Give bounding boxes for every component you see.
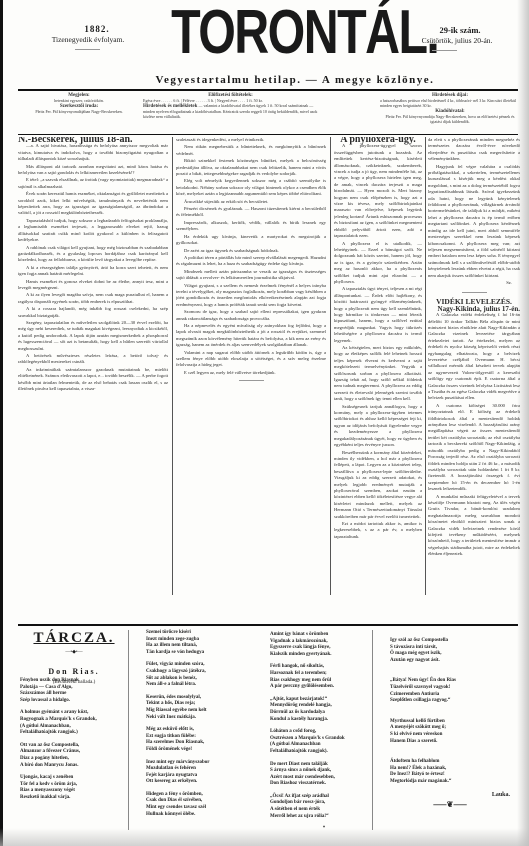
paragraph: A phylloxera-ügygyel szoros összefüggésb…: [334, 143, 422, 239]
ornament-flourish: ⸺❦⸺: [390, 802, 510, 809]
column-divider: [330, 137, 331, 595]
info-elofizetes: Előfizetési föltételek: Egész évre . . .…: [143, 92, 318, 119]
paragraph: Tapasztalásból tudjuk, hogy sokszor a le…: [18, 218, 168, 244]
paragraph: E czél legyen az, mely felé vállvetve tö…: [176, 370, 326, 376]
paragraph: Elég volt némelyik kegyetlennek sokszor …: [176, 178, 326, 197]
paragraph: Más álláspont alá tartozik azonban megvi…: [18, 164, 168, 177]
paragraph: Ha érdekük ugy kívánja, kinevetik a mart…: [176, 234, 326, 247]
paragraph: Beszélhessünk a kormány által közérdeket…: [334, 450, 422, 520]
paragraph: Ha a népnevelés és egyéni mívaltság oly …: [176, 323, 326, 349]
poem-column-4: Igy szól az ősz CompostellaS távozásra i…: [390, 638, 510, 809]
paragraph: Az kétségtelen, mert biztos egy működés,…: [334, 345, 422, 403]
paragraph: A csatorna költségei 30.000 frtra irányo…: [428, 403, 520, 493]
paragraph: da eleit s a phylloxerának minden megneh…: [428, 137, 520, 163]
info-rule: [18, 134, 518, 135]
paragraph: A politikai téren a pártállás bár minő s…: [176, 255, 326, 268]
paragraph: A ki a részegségben találja gyönyörét, á…: [18, 265, 168, 278]
paragraph: A ki az ilyen levegőt magába szívja, nem…: [18, 292, 168, 305]
newspaper-title: TORONTÁL.: [171, 3, 378, 63]
paragraph: De azért az igaz ügynek és szabadságnak …: [176, 248, 326, 254]
issue-date: Csütörtök, julius 20-án.: [392, 36, 522, 45]
paragraph: Hamis eszméket és gonosz elveket dobni b…: [18, 279, 168, 292]
phylloxera-signature: Sz.: [428, 280, 520, 286]
paragraph: Szükségesnek tartjuk annálfogva, hogy a …: [334, 404, 422, 449]
paragraph: —a. A sajtó hivatása, hasznossága és bef…: [18, 143, 168, 162]
poem-column-2: Szemei törőcre kisériInezt minden zege-z…: [146, 630, 256, 824]
newspaper-page: 1882. Tizenegyedik évfolyam. TORONTÁL. 2…: [0, 0, 529, 846]
paragraph: Valamint a nap sugarai előbb utóbb áttör…: [176, 350, 326, 369]
lead-article-continued: szaletaszát és idegenkedést, a melyel ér…: [176, 137, 326, 595]
paragraph: Mindezek mellett aztán pártszamba se ves…: [176, 269, 326, 282]
paragraph: szaletaszát és idegenkedést, a melyel ér…: [176, 137, 326, 143]
paragraph: Hagyjunk fel végre valahára a csalódás p…: [428, 164, 520, 279]
paragraph: Évek során keresztül hamis eszméket, okt…: [18, 191, 168, 217]
masthead-year: 1882.: [62, 24, 132, 34]
lead-article: N.-Becskerek, julius 18-án. —a. A sajtó …: [18, 137, 168, 595]
paragraph: A ki a rosszra hajlandó, még inkább fog …: [18, 306, 168, 319]
page-left-border: [0, 0, 3, 846]
page-edge-shadow: [517, 0, 529, 846]
right-column: da eleit s a phylloxerának minden megneh…: [428, 137, 520, 595]
info-kiado-text: Pleitz Fer. Pál könyvnyomdája Nagy-Becsk…: [380, 114, 520, 124]
issue-number: 29-ik szám.: [405, 25, 515, 35]
column-divider: [128, 630, 129, 830]
poem-column-3: Amint így bánat s örömbenVigadnak a lakm…: [270, 632, 378, 833]
divider: [432, 50, 457, 51]
paragraph: Pénzért dicsérnek és gyaláznak. — Haszon…: [176, 206, 326, 219]
column-divider: [172, 137, 173, 595]
paragraph: Nem ritkán megnebesitik a bűntetteknek, …: [176, 144, 326, 157]
paragraph: Ezt a módot tartottuk akkor is, amikor i…: [334, 521, 422, 540]
paragraph: Szomoru de igaz, hogy a szabad sajtó ell…: [176, 309, 326, 322]
tarcza-header: TÁRCZA. —•◆•— Don Rias. (Becskereki ball…: [18, 630, 130, 685]
paragraph: Az inkrimináltak számtalanszor gazoknak …: [18, 367, 168, 393]
info-hirdetesek-dijai: Hirdetések díjai: a hatszorhasábos petit…: [380, 92, 520, 124]
masthead-volume: Tizenegyedik évfolyam.: [28, 35, 148, 44]
paragraph: E tétel: „a szavak elszállnak, az írotta…: [18, 177, 168, 190]
paragraph: Szegény, tapasztalatlan és műveletlen sz…: [18, 320, 168, 352]
tarcza-rule: [18, 624, 518, 626]
ornament: —•◆•—: [18, 649, 130, 655]
info-hird-dijai-text: a hatszorhasábos petitsor első hirdetésn…: [380, 98, 520, 108]
stanza: Ott van az ősz Compostella,Almanzor a fő…: [20, 743, 130, 769]
page-bottom-shadow: [0, 828, 529, 846]
poem-title: Don Rias.: [18, 667, 130, 676]
poem-author: Lauka.: [390, 792, 510, 799]
paragraph: A Galaczka vidéki érdekeltség f. hó 16-á…: [428, 312, 520, 402]
masthead-subtitle: Vegyestartalmu hetilap. — A megye közlön…: [130, 74, 460, 86]
stanza: Fényben uszik don RiasnakPalotája — Casa…: [20, 678, 130, 704]
column-divider: [372, 630, 373, 830]
paragraph: Világot gyujtani, s a szellem és nemesb …: [176, 283, 326, 309]
stanza: Ujongás, kacaj s zenébenTör fel a kedv s…: [20, 775, 130, 801]
paragraph: A rablónak csak világot kell gyujtani, h…: [18, 245, 168, 264]
paragraph: A tapasztalás ügyi tényei, teljesen a mi…: [334, 286, 422, 344]
paragraph: A munkálat műszaki felügyeletével a terv…: [428, 494, 520, 558]
phylloxera-article: A phylloxera-ügy. A phylloxera-ügygyel s…: [334, 137, 422, 595]
stanza: A holmus gyémánt s arany közt,Rogyognak …: [20, 710, 130, 736]
info-megjelen: Megjelen: hetenkint egyszer, csütörtökön…: [18, 92, 140, 114]
paragraph: Áruczikké süjesítik az erkölcsöt és becs…: [176, 199, 326, 205]
paragraph: Impressárók, alkuszok, kerítők, védők, v…: [176, 220, 326, 233]
tarcza-heading: TÁRCZA.: [18, 630, 130, 647]
column-divider: [425, 137, 426, 595]
divider: [75, 49, 100, 50]
paragraph: A betörések művészieses részletes leírás…: [18, 353, 168, 366]
masthead-rule: [18, 89, 518, 91]
info-megjelen-text: hetenkint egyszer, csütörtökön.: [54, 98, 104, 103]
info-szerk-text: Pleitz Fer. Pál könyvnyomdájában Nagy-Be…: [35, 109, 122, 114]
paragraph: Bikitó szinekkel festenek közönséges bűn…: [176, 158, 326, 177]
paragraph: A phylloxera el is utalkodik, — lehetégy…: [334, 241, 422, 286]
poem-column-1: Fényben uszik don RiasnakPalotája — Casa…: [20, 678, 130, 808]
